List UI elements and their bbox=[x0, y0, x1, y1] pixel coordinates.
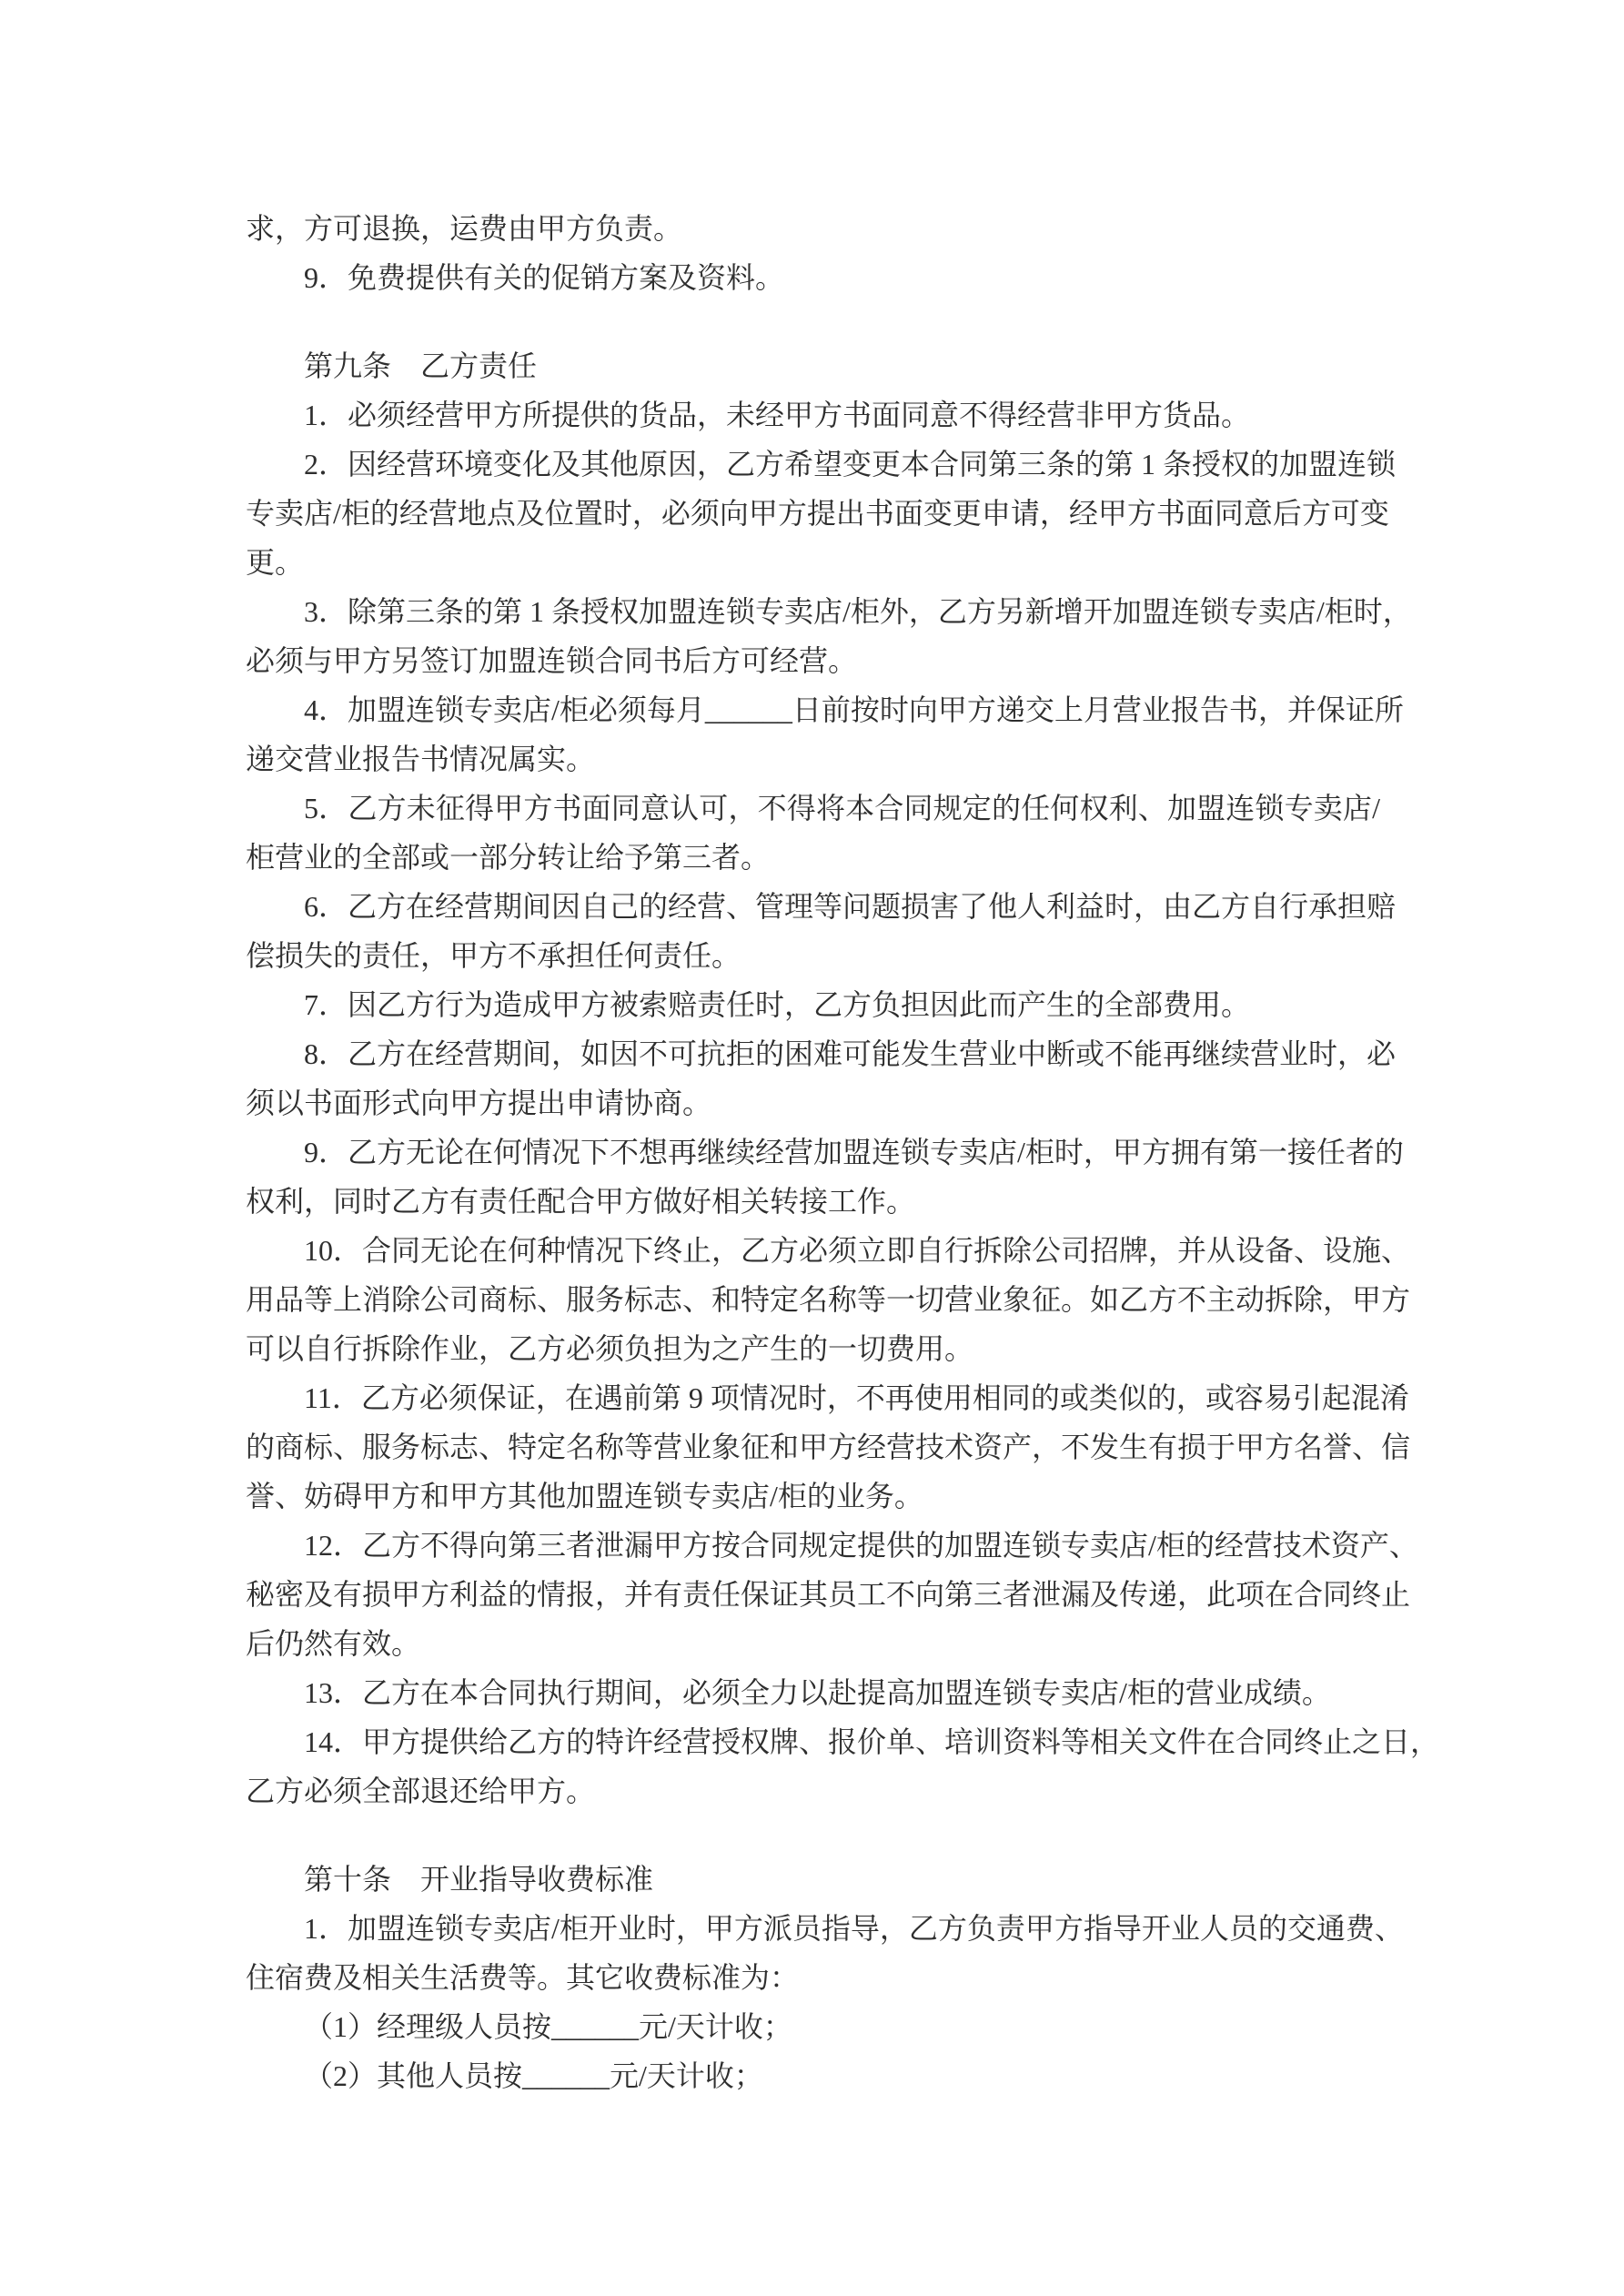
contract-line: 的商标、服务标志、特定名称等营业象征和甲方经营技术资产，不发生有损于甲方名誉、信 bbox=[246, 1422, 1380, 1472]
contract-line: 3．除第三条的第 1 条授权加盟连锁专卖店/柜外，乙方另新增开加盟连锁专卖店/柜… bbox=[246, 587, 1380, 636]
article-10-heading: 第十条 开业指导收费标准 bbox=[246, 1855, 1380, 1904]
contract-line: 专卖店/柜的经营地点及位置时，必须向甲方提出书面变更申请，经甲方书面同意后方可变 bbox=[246, 489, 1380, 538]
contract-line: 12．乙方不得向第三者泄漏甲方按合同规定提供的加盟连锁专卖店/柜的经营技术资产、 bbox=[246, 1521, 1380, 1570]
contract-line: 后仍然有效。 bbox=[246, 1619, 1380, 1668]
contract-text-block: 求，方可退换，运费由甲方负责。 9．免费提供有关的促销方案及资料。 第九条 乙方… bbox=[246, 204, 1380, 2100]
article-9-heading: 第九条 乙方责任 bbox=[246, 341, 1380, 390]
contract-line: 递交营业报告书情况属实。 bbox=[246, 734, 1380, 784]
contract-line: 9．乙方无论在何情况下不想再继续经营加盟连锁专卖店/柜时，甲方拥有第一接任者的 bbox=[246, 1128, 1380, 1177]
document-page: 求，方可退换，运费由甲方负责。 9．免费提供有关的促销方案及资料。 第九条 乙方… bbox=[0, 0, 1624, 2296]
contract-line: 8．乙方在经营期间，如因不可抗拒的困难可能发生营业中断或不能再继续营业时，必 bbox=[246, 1029, 1380, 1078]
contract-line: 誉、妨碍甲方和甲方其他加盟连锁专卖店/柜的业务。 bbox=[246, 1472, 1380, 1521]
contract-line: 可以自行拆除作业，乙方必须负担为之产生的一切费用。 bbox=[246, 1324, 1380, 1373]
contract-line: 柜营业的全部或一部分转让给予第三者。 bbox=[246, 833, 1380, 882]
contract-line: 13．乙方在本合同执行期间，必须全力以赴提高加盟连锁专卖店/柜的营业成绩。 bbox=[246, 1668, 1380, 1717]
contract-line: 秘密及有损甲方利益的情报，并有责任保证其员工不向第三者泄漏及传递，此项在合同终止 bbox=[246, 1570, 1380, 1619]
contract-line: 乙方必须全部退还给甲方。 bbox=[246, 1766, 1380, 1816]
contract-line: 须以书面形式向甲方提出申请协商。 bbox=[246, 1078, 1380, 1128]
fee-item-1-line: （1）经理级人员按______元/天计收； bbox=[246, 2002, 1380, 2051]
contract-line: 1．加盟连锁专卖店/柜开业时，甲方派员指导，乙方负责甲方指导开业人员的交通费、 bbox=[246, 1904, 1380, 1953]
contract-line: 1．必须经营甲方所提供的货品，未经甲方书面同意不得经营非甲方货品。 bbox=[246, 390, 1380, 440]
contract-line: 更。 bbox=[246, 538, 1380, 587]
contract-line: 用品等上消除公司商标、服务标志、和特定名称等一切营业象征。如乙方不主动拆除，甲方 bbox=[246, 1275, 1380, 1324]
contract-line-blank-date: 4．加盟连锁专卖店/柜必须每月______日前按时向甲方递交上月营业报告书，并保… bbox=[246, 685, 1380, 734]
fee-item-2-line: （2）其他人员按______元/天计收； bbox=[246, 2051, 1380, 2100]
contract-line: 11．乙方必须保证，在遇前第 9 项情况时，不再使用相同的或类似的，或容易引起混… bbox=[246, 1373, 1380, 1422]
contract-line: 2．因经营环境变化及其他原因，乙方希望变更本合同第三条的第 1 条授权的加盟连锁 bbox=[246, 440, 1380, 489]
contract-line: 7．因乙方行为造成甲方被索赔责任时，乙方负担因此而产生的全部费用。 bbox=[246, 980, 1380, 1029]
contract-line: 9．免费提供有关的促销方案及资料。 bbox=[246, 253, 1380, 302]
contract-line: 6．乙方在经营期间因自己的经营、管理等问题损害了他人利益时，由乙方自行承担赔 bbox=[246, 882, 1380, 931]
contract-line: 5．乙方未征得甲方书面同意认可，不得将本合同规定的任何权利、加盟连锁专卖店/ bbox=[246, 784, 1380, 833]
contract-line: 必须与甲方另签订加盟连锁合同书后方可经营。 bbox=[246, 636, 1380, 685]
contract-line: 14．甲方提供给乙方的特许经营授权牌、报价单、培训资料等相关文件在合同终止之日， bbox=[246, 1717, 1380, 1766]
contract-line: 求，方可退换，运费由甲方负责。 bbox=[246, 204, 1380, 253]
contract-line: 10．合同无论在何种情况下终止，乙方必须立即自行拆除公司招牌，并从设备、设施、 bbox=[246, 1226, 1380, 1275]
contract-line: 权利，同时乙方有责任配合甲方做好相关转接工作。 bbox=[246, 1177, 1380, 1226]
contract-line: 偿损失的责任，甲方不承担任何责任。 bbox=[246, 931, 1380, 980]
contract-line: 住宿费及相关生活费等。其它收费标准为： bbox=[246, 1953, 1380, 2002]
